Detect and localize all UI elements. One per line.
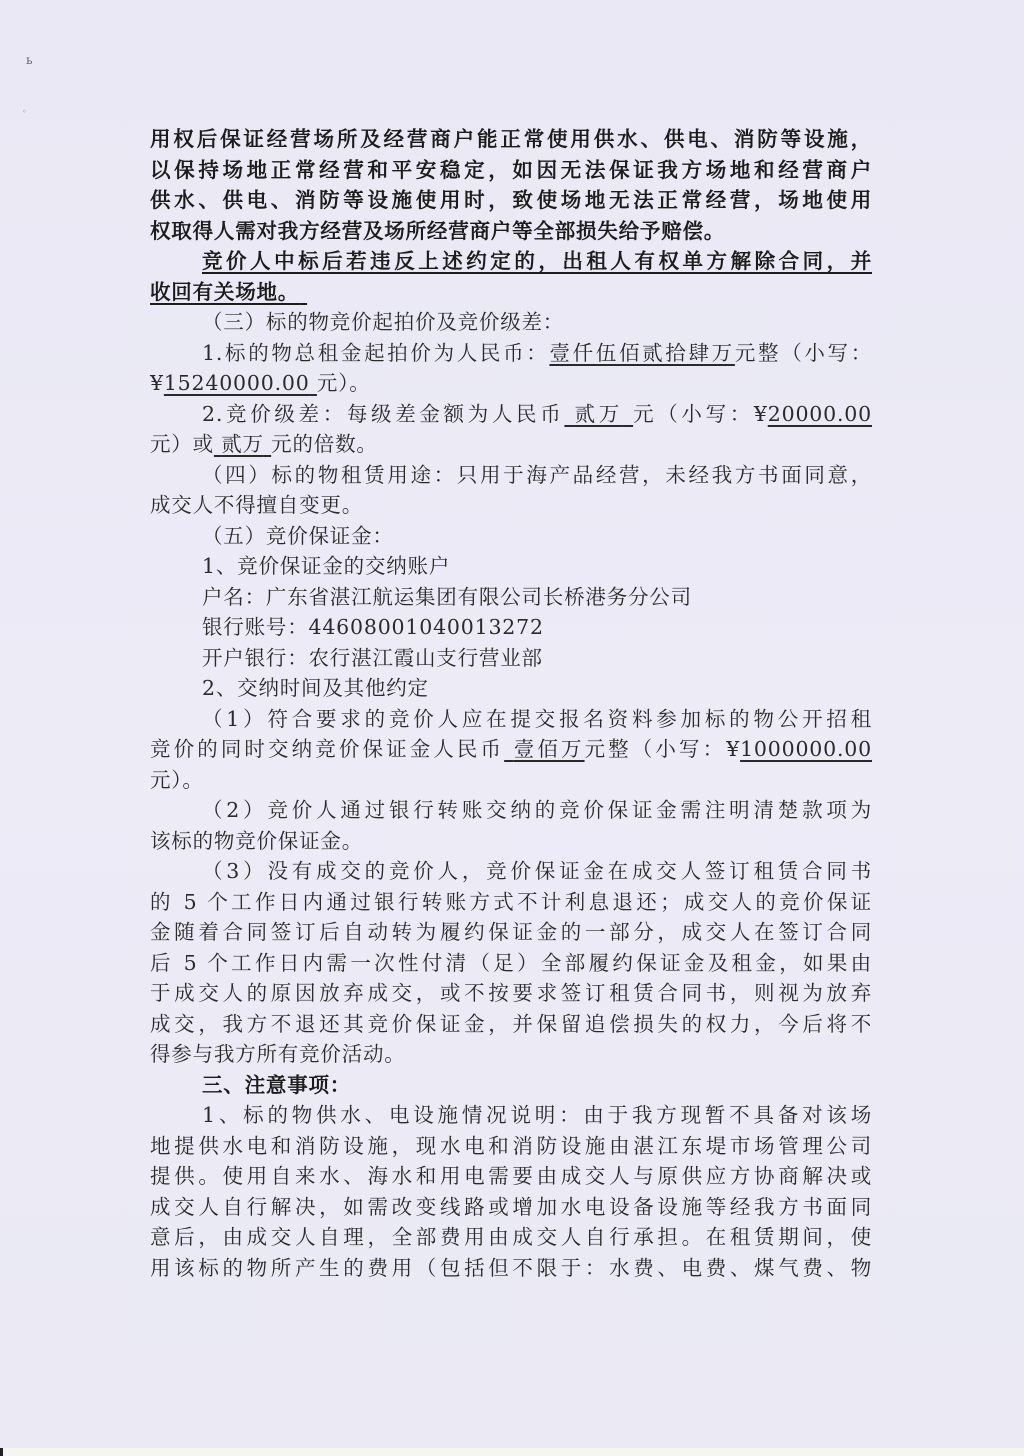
p2-line2: 该标的物竞价保证金。	[150, 826, 872, 857]
scanned-page: ь ◦ 用权后保证经营场所及经营商户能正常使用供水、供电、消防等设施， 以保持场…	[0, 0, 1024, 1448]
p3-line: 成交，我方不退还其竞价保证金，并保留追偿损失的权力，今后将不	[150, 1009, 872, 1040]
deposit-words: 壹佰万	[504, 737, 584, 761]
scan-bottom-edge	[0, 1448, 1024, 1456]
notes-heading: 三、注意事项：	[150, 1070, 872, 1101]
increment-multiple-words: 贰万	[214, 432, 271, 456]
p2-line1: （2）竞价人通过银行转账交纳的竞价保证金需注明清楚款项为	[150, 795, 872, 826]
intro-line: 供水、供电、消防等设施使用时，致使场地无法正常经营，场地使用	[150, 185, 872, 216]
reserve-price-figure: 15240000.00	[164, 371, 317, 395]
p3-line: 得参与我方所有竞价活动。	[150, 1039, 872, 1070]
bank-name: 农行湛江霞山支行营业部	[309, 646, 543, 670]
notes-item1-line: 提供。使用自来水、海水和用电需要由成交人与原供应方协商解决或	[150, 1161, 872, 1192]
account-name: 广东省湛江航运集团有限公司长桥港务分公司	[266, 585, 692, 609]
section5-heading: （五）竞价保证金：	[150, 521, 872, 552]
notes-item1-line: 用该标的物所产生的费用（包括但不限于：水费、电费、煤气费、物	[150, 1253, 872, 1284]
intro-line: 用权后保证经营场所及经营商户能正常使用供水、供电、消防等设施，	[150, 124, 872, 155]
document-body: 用权后保证经营场所及经营商户能正常使用供水、供电、消防等设施， 以保持场地正常经…	[150, 124, 872, 1283]
account-name-row: 户名：广东省湛江航运集团有限公司长桥港务分公司	[150, 582, 872, 613]
notes-item1-line: 意后，由成交人自理，全部费用由成交人自行承担。在租赁期间，使	[150, 1222, 872, 1253]
section3-heading: （三）标的物竞价起拍价及竞价级差：	[150, 307, 872, 338]
increment-figure: 20000.00	[768, 402, 872, 426]
reserve-price-words: 壹仟伍佰贰拾肆万	[549, 341, 734, 365]
section3-item1-line2: ¥15240000.00 元）。	[150, 368, 872, 399]
notes-item1-line: 成交人自行解决，如需改变线路或增加水电设备设施等经我方书面同	[150, 1192, 872, 1223]
p1-line1: （1）符合要求的竞价人应在提交报名资料参加标的物公开招租	[150, 704, 872, 735]
breach-clause-text: 竞价人中标后若违反上述约定的，出租人有权单方解除合同，并	[202, 249, 872, 273]
p3-line: 后 5 个工作日内需一次性付清（足）全部履约保证金及租金，如果由	[150, 948, 872, 979]
section4-line1: （四）标的物租赁用途：只用于海产品经营，未经我方书面同意，	[150, 460, 872, 491]
section3-item2-line1: 2.竞价级差：每级差金额为人民币 贰万 元（小写：¥20000.00	[150, 399, 872, 430]
notes-item1-line: 地提供水电和消防设施，现水电和消防设施由湛江东堤市场管理公司	[150, 1131, 872, 1162]
notes-item1-line: 1、标的物供水、电设施情况说明：由于我方现暂不具备对该场	[150, 1100, 872, 1131]
section3-item2-line2: 元）或 贰万 元的倍数。	[150, 429, 872, 460]
section5-sub1-title: 1、竞价保证金的交纳账户	[150, 551, 872, 582]
breach-clause-text: 收回有关场地。	[150, 280, 299, 304]
deposit-figure: 1000000.00	[740, 737, 872, 761]
intro-line: 以保持场地正常经营和平安稳定，如因无法保证我方场地和经营商户	[150, 155, 872, 186]
account-number-row: 银行账号：44608001040013272	[150, 612, 872, 643]
p3-line: （3）没有成交的竞价人，竞价保证金在成交人签订租赁合同书	[150, 856, 872, 887]
intro-line: 权取得人需对我方经营及场所经营商户等全部损失给予赔偿。	[150, 216, 872, 247]
p1-line2: 竞价的同时交纳竞价保证金人民币 壹佰万元整（小写：¥1000000.00	[150, 734, 872, 765]
increment-words: 贰万	[564, 402, 633, 426]
p3-line: 于成交人的原因放弃成交，或不按要求签订租赁合同书，则视为放弃	[150, 978, 872, 1009]
breach-clause-line1: 竞价人中标后若违反上述约定的，出租人有权单方解除合同，并	[150, 246, 872, 277]
breach-clause-line2: 收回有关场地。	[150, 277, 872, 308]
p3-line: 金随着合同签订后自动转为履约保证金的一部分，成交人在签订合同	[150, 917, 872, 948]
scan-artifact-mark: ь	[26, 54, 33, 66]
p3-line: 的 5 个工作日内通过银行转账方式不计利息退还；成交人的竞价保证	[150, 887, 872, 918]
section3-item1-line1: 1.标的物总租金起拍价为人民币：壹仟伍佰贰拾肆万元整（小写：	[150, 338, 872, 369]
bank-row: 开户银行：农行湛江霞山支行营业部	[150, 643, 872, 674]
p1-line3: 元）。	[150, 765, 872, 796]
scan-artifact-dot: ◦	[22, 106, 27, 118]
section5-sub2-title: 2、交纳时间及其他约定	[150, 673, 872, 704]
section4-line2: 成交人不得擅自变更。	[150, 490, 872, 521]
account-number: 44608001040013272	[309, 615, 544, 639]
